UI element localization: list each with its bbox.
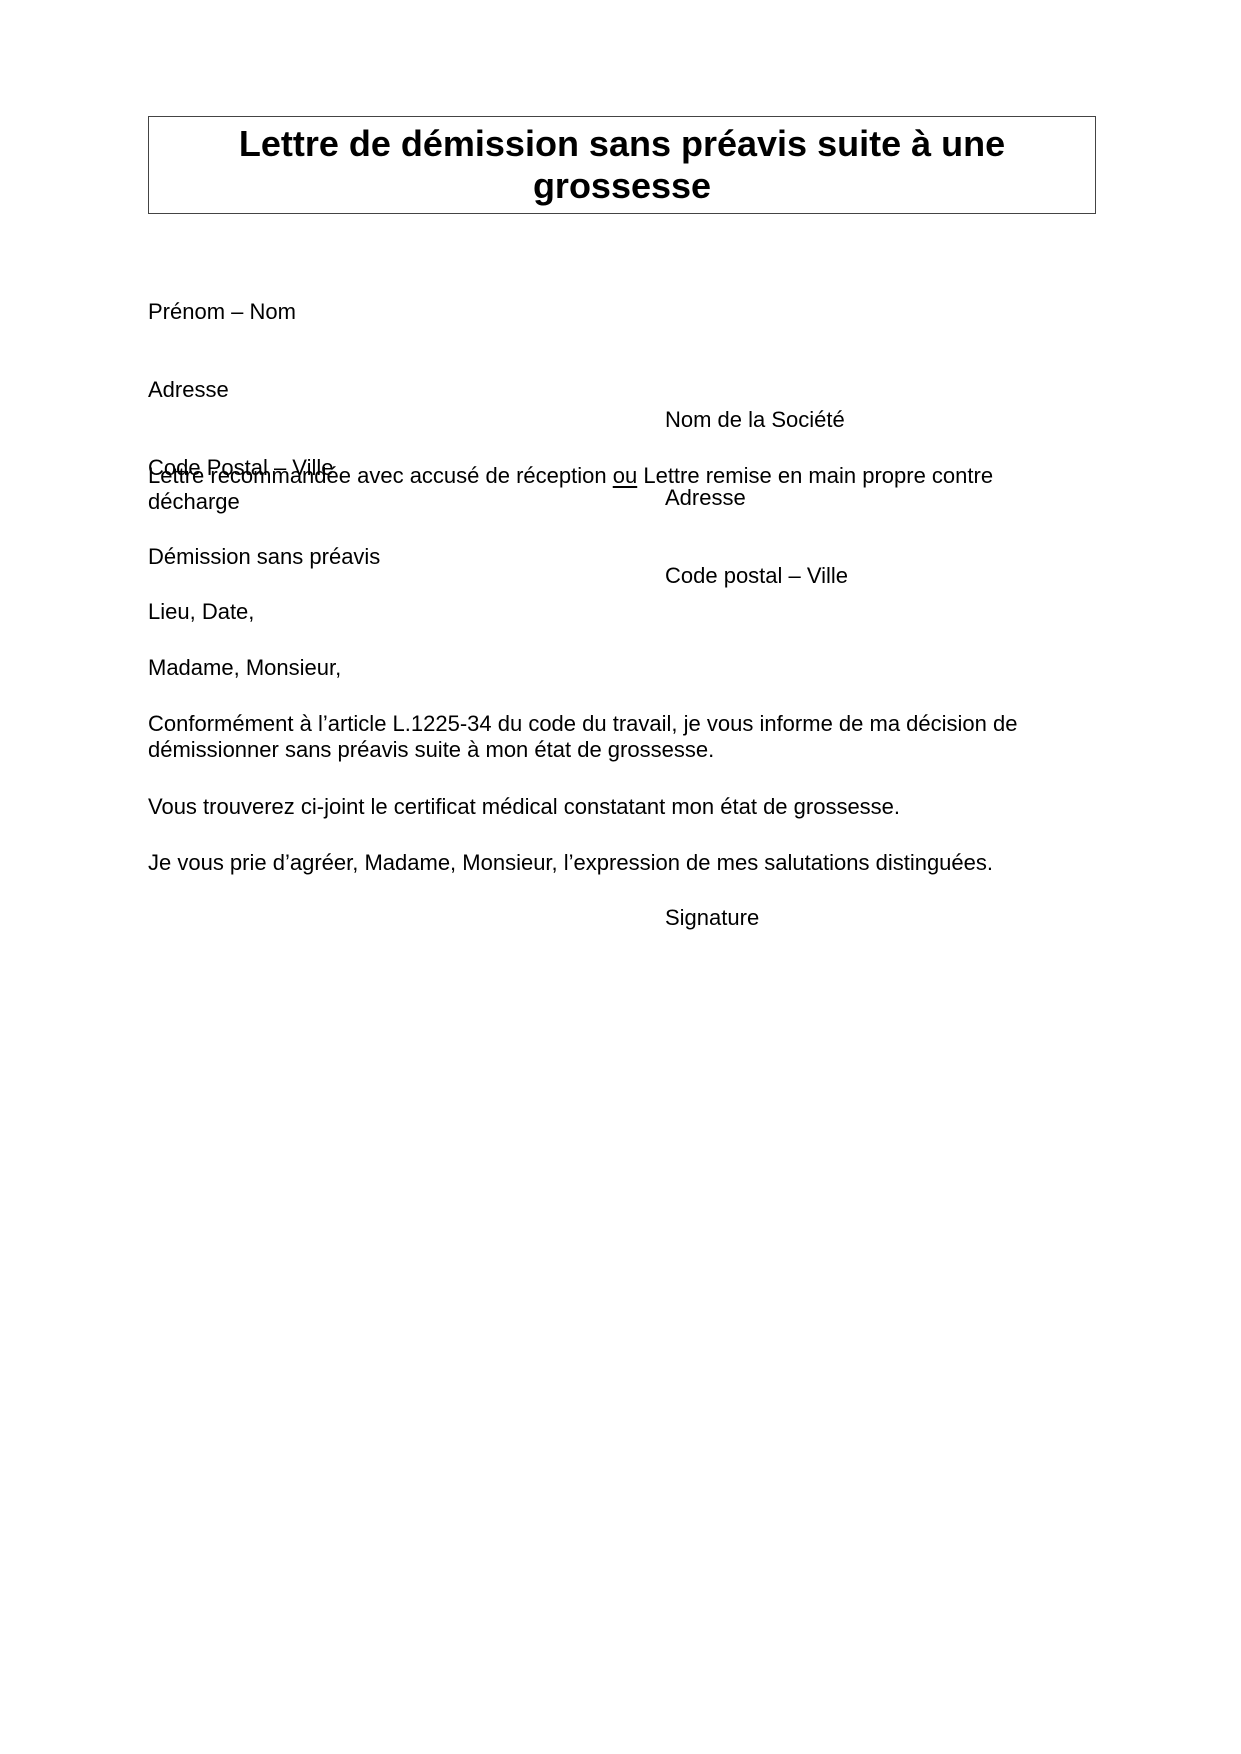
title-box: Lettre de démission sans préavis suite à… (148, 116, 1096, 214)
document-title: Lettre de démission sans préavis suite à… (149, 123, 1095, 207)
delivery-method: Lettre recommandée avec accusé de récept… (148, 463, 1088, 515)
place-date: Lieu, Date, (148, 599, 254, 625)
body-paragraph: Conformément à l’article L.1225-34 du co… (148, 711, 1088, 763)
closing-paragraph: Je vous prie d’agréer, Madame, Monsieur,… (148, 850, 993, 876)
delivery-option-1: Lettre recommandée avec accusé de récept… (148, 463, 607, 488)
signature: Signature (665, 905, 759, 931)
salutation: Madame, Monsieur, (148, 655, 341, 681)
letter-object: Démission sans préavis (148, 544, 380, 570)
recipient-city: Code postal – Ville (665, 563, 848, 589)
delivery-separator: ou (613, 463, 637, 488)
sender-name: Prénom – Nom (148, 299, 334, 325)
body-paragraph: Vous trouverez ci-joint le certificat mé… (148, 794, 900, 820)
sender-address: Adresse (148, 377, 334, 403)
document-page: Lettre de démission sans préavis suite à… (0, 0, 1241, 1754)
recipient-company: Nom de la Société (665, 407, 848, 433)
